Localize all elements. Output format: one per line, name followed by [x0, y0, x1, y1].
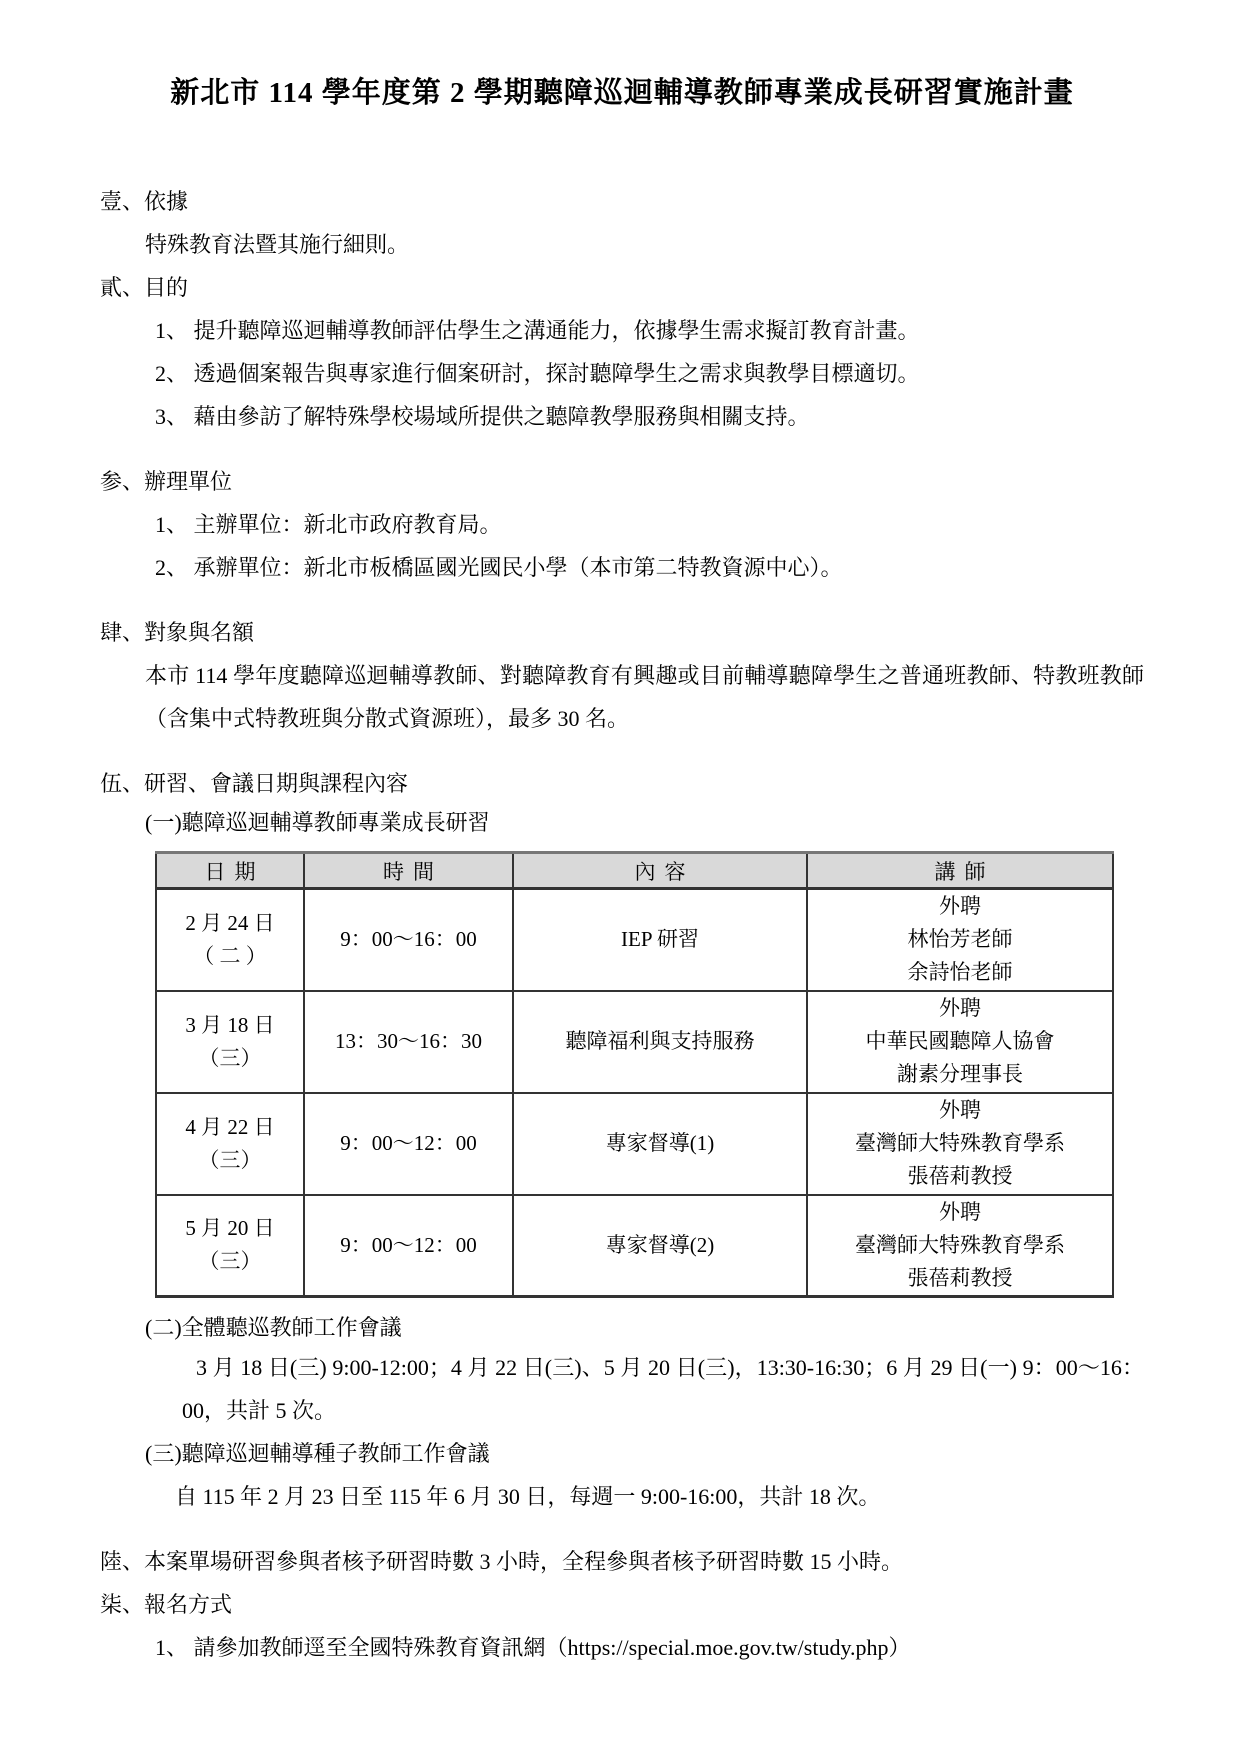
cell-date: 2 月 24 日 （ 二 ） — [156, 889, 304, 991]
section-heading-hours: 陸、本案單場研習參與者核予研習時數 3 小時，全程參與者核予研習時數 15 小時… — [100, 1540, 1144, 1583]
cell-time: 9：00～12：00 — [304, 1093, 513, 1195]
document-page: 新北市 114 學年度第 2 學期聽障巡迴輔導教師專業成長研習實施計畫 壹、依據… — [0, 0, 1240, 1669]
table-row: 5 月 20 日 （三） 9：00～12：00 專家督導(2) 外聘 臺灣師大特… — [156, 1195, 1113, 1297]
col-header-content: 內容 — [513, 853, 807, 889]
lecturer-line: 臺灣師大特殊教育學系 — [808, 1127, 1112, 1160]
col-header-time: 時間 — [304, 853, 513, 889]
lecturer-line: 謝素分理事長 — [808, 1058, 1112, 1091]
cell-time: 13：30～16：30 — [304, 991, 513, 1093]
schedule-sub3-heading: (三)聽障巡迴輔導種子教師工作會議 — [100, 1432, 1144, 1475]
lecturer-line: 余詩怡老師 — [808, 956, 1112, 989]
lecturer-line: 中華民國聽障人協會 — [808, 1025, 1112, 1058]
date-line: （三） — [157, 1042, 303, 1075]
lecturer-line: 外聘 — [808, 890, 1112, 923]
lecturer-line: 張蓓莉教授 — [808, 1160, 1112, 1193]
lecturer-line: 張蓓莉教授 — [808, 1262, 1112, 1295]
schedule-sub2-heading: (二)全體聽巡教師工作會議 — [100, 1310, 1144, 1346]
date-line: 2 月 24 日 — [157, 907, 303, 940]
cell-date: 5 月 20 日 （三） — [156, 1195, 304, 1297]
date-line: 5 月 20 日 — [157, 1212, 303, 1245]
date-line: （ 二 ） — [157, 940, 303, 973]
cell-lecturer: 外聘 臺灣師大特殊教育學系 張蓓莉教授 — [807, 1093, 1113, 1195]
table-row: 3 月 18 日 （三） 13：30～16：30 聽障福利與支持服務 外聘 中華… — [156, 991, 1113, 1093]
section-heading-purpose: 貳、目的 — [100, 266, 1144, 309]
cell-time: 9：00～12：00 — [304, 1195, 513, 1297]
schedule-sub3-body: 自 115 年 2 月 23 日至 115 年 6 月 30 日，每週一 9:0… — [100, 1475, 1144, 1518]
date-line: （三） — [157, 1245, 303, 1278]
audience-body: 本市 114 學年度聽障巡迴輔導教師、對聽障教育有興趣或目前輔導聽障學生之普通班… — [100, 654, 1144, 740]
cell-time: 9：00～16：00 — [304, 889, 513, 991]
cell-date: 3 月 18 日 （三） — [156, 991, 304, 1093]
purpose-item-1: 1、 提升聽障巡迴輔導教師評估學生之溝通能力，依據學生需求擬訂教育計畫。 — [100, 309, 1144, 352]
section-heading-basis: 壹、依據 — [100, 180, 1144, 223]
registration-item-1: 1、 請參加教師逕至全國特殊教育資訊網（https://special.moe.… — [100, 1626, 1144, 1669]
training-schedule-table: 日期 時間 內容 講師 2 月 24 日 （ 二 ） 9：00～16：00 IE… — [155, 851, 1114, 1298]
section-heading-organizers: 参、辦理單位 — [100, 460, 1144, 503]
col-header-lecturer: 講師 — [807, 853, 1113, 889]
cell-content: IEP 研習 — [513, 889, 807, 991]
section-heading-audience: 肆、對象與名額 — [100, 611, 1144, 654]
lecturer-line: 外聘 — [808, 1196, 1112, 1229]
organizer-item-2: 2、 承辦單位：新北市板橋區國光國民小學（本市第二特教資源中心）。 — [100, 546, 1144, 589]
cell-content: 聽障福利與支持服務 — [513, 991, 807, 1093]
document-title: 新北市 114 學年度第 2 學期聽障巡迴輔導教師專業成長研習實施計畫 — [100, 66, 1144, 120]
cell-lecturer: 外聘 林怡芳老師 余詩怡老師 — [807, 889, 1113, 991]
basis-body: 特殊教育法暨其施行細則。 — [100, 223, 1144, 266]
section-heading-registration: 柒、報名方式 — [100, 1583, 1144, 1626]
table-row: 2 月 24 日 （ 二 ） 9：00～16：00 IEP 研習 外聘 林怡芳老… — [156, 889, 1113, 991]
col-header-date: 日期 — [156, 853, 304, 889]
cell-date: 4 月 22 日 （三） — [156, 1093, 304, 1195]
schedule-sub1-heading: (一)聽障巡迴輔導教師專業成長研習 — [100, 805, 1144, 841]
lecturer-line: 外聘 — [808, 1094, 1112, 1127]
date-line: 4 月 22 日 — [157, 1111, 303, 1144]
lecturer-line: 林怡芳老師 — [808, 923, 1112, 956]
section-heading-schedule: 伍、研習、會議日期與課程內容 — [100, 762, 1144, 805]
cell-lecturer: 外聘 中華民國聽障人協會 謝素分理事長 — [807, 991, 1113, 1093]
date-line: 3 月 18 日 — [157, 1009, 303, 1042]
table-header-row: 日期 時間 內容 講師 — [156, 853, 1113, 889]
table-row: 4 月 22 日 （三） 9：00～12：00 專家督導(1) 外聘 臺灣師大特… — [156, 1093, 1113, 1195]
purpose-item-2: 2、 透過個案報告與專家進行個案研討，探討聽障學生之需求與教學目標適切。 — [100, 352, 1144, 395]
cell-content: 專家督導(1) — [513, 1093, 807, 1195]
purpose-item-3: 3、 藉由參訪了解特殊學校場域所提供之聽障教學服務與相關支持。 — [100, 395, 1144, 438]
organizer-item-1: 1、 主辦單位：新北市政府教育局。 — [100, 503, 1144, 546]
date-line: （三） — [157, 1144, 303, 1177]
schedule-sub2-body: 3 月 18 日(三) 9:00-12:00；4 月 22 日(三)、5 月 2… — [100, 1346, 1144, 1432]
cell-content: 專家督導(2) — [513, 1195, 807, 1297]
lecturer-line: 臺灣師大特殊教育學系 — [808, 1229, 1112, 1262]
cell-lecturer: 外聘 臺灣師大特殊教育學系 張蓓莉教授 — [807, 1195, 1113, 1297]
lecturer-line: 外聘 — [808, 992, 1112, 1025]
